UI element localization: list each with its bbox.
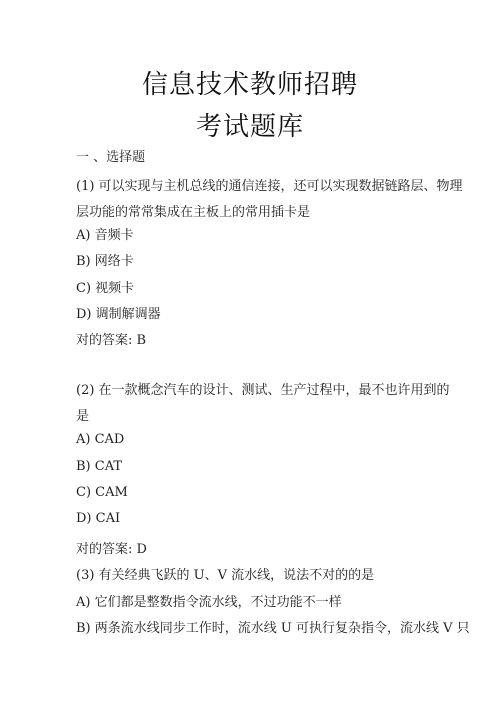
- question-1-answer: 对的答案: B: [76, 329, 146, 348]
- section-heading: 一 、选择题: [76, 146, 145, 165]
- question-2-stem-line1: (2) 在一款概念汽车的设计、测试、生产过程中，最不也许用到的: [76, 379, 450, 398]
- question-1-stem-line2: 层功能的常常集成在主板上的常用插卡是: [76, 201, 310, 220]
- question-1-option-a: A) 音频卡: [76, 224, 134, 243]
- question-2-stem-line2: 是: [76, 405, 89, 424]
- question-1-option-c: C) 视频卡: [76, 277, 134, 296]
- question-1-option-d: D) 调制解调器: [76, 303, 161, 322]
- question-1-option-b: B) 网络卡: [76, 250, 134, 269]
- question-3-option-a: A) 它们都是整数指令流水线，不过功能不一样: [76, 591, 342, 610]
- question-2-option-c: C) CAM: [76, 485, 128, 500]
- document-title: 信息技术教师招聘: [0, 64, 500, 101]
- question-1-stem-line1: (1) 可以实现与主机总线的通信连接，还可以实现数据链路层、物理: [76, 175, 463, 194]
- question-2-option-a: A) CAD: [76, 432, 124, 447]
- question-2-option-b: B) CAT: [76, 459, 122, 474]
- question-2-option-d: D) CAI: [76, 511, 120, 526]
- document-subtitle: 考试题库: [0, 106, 500, 143]
- question-2-answer: 对的答案: D: [76, 538, 147, 557]
- question-3-stem: (3) 有关经典飞跃的 U、V 流水线，说法不对的的是: [76, 564, 374, 583]
- question-3-option-b: B) 两条流水线同步工作时，流水线 U 可执行复杂指令，流水线 V 只: [76, 617, 470, 636]
